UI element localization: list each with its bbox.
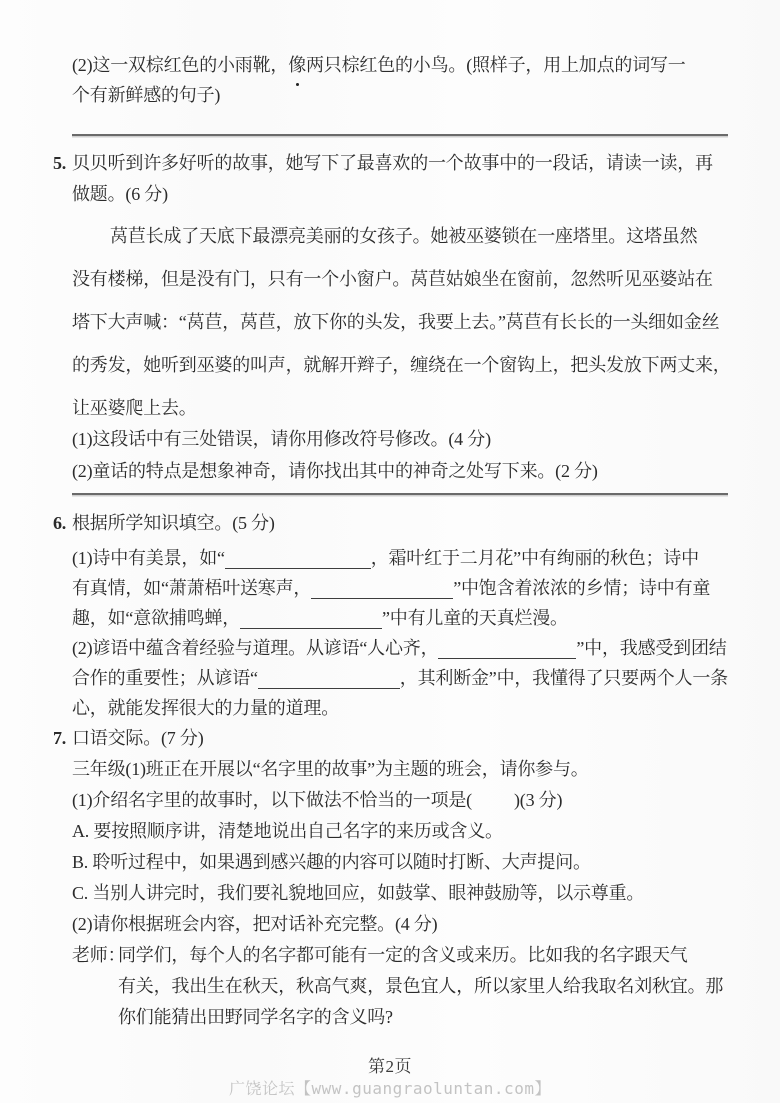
q6-text: ，霜叶红于二月花”中有绚丽的秋色；诗中 xyxy=(371,548,699,568)
question-4-part2-line2: 个有新鲜感的句子) xyxy=(72,80,728,110)
q6-text: 合作的重要性；从谚语“ xyxy=(72,668,258,688)
fill-blank xyxy=(311,581,453,599)
q7-text: )(3 分) xyxy=(514,790,562,810)
option-c: C. 当别人讲完时，我们要礼貌地回应，如鼓掌、眼神鼓励等，以示尊重。 xyxy=(72,878,728,909)
question-7-subitem2: (2)请你根据班会内容，把对话补充完整。(4 分) xyxy=(72,909,728,940)
question-5-header-line1: 5.贝贝听到许多好听的故事，她写下了最喜欢的一个故事中的一段话，请读一读，再 xyxy=(72,148,728,179)
question-6-header-text: 根据所学知识填空。(5 分) xyxy=(72,513,275,533)
section-divider xyxy=(72,493,728,495)
question-6: 6.根据所学知识填空。(5 分) (1)诗中有美景，如“，霜叶红于二月花”中有绚… xyxy=(72,508,728,723)
question-5-header-text: 贝贝听到许多好听的故事，她写下了最喜欢的一个故事中的一段话，请读一读，再 xyxy=(72,153,713,173)
question-5: 5.贝贝听到许多好听的故事，她写下了最喜欢的一个故事中的一段话，请读一读，再 做… xyxy=(72,148,728,487)
question-5-subitems: (1)这段话中有三处错误，请你用修改符号修改。(4 分) (2)童话的特点是想象… xyxy=(72,424,728,487)
question-5-subitem1: (1)这段话中有三处错误，请你用修改符号修改。(4 分) xyxy=(72,424,728,456)
question-6-items: (1)诗中有美景，如“，霜叶红于二月花”中有绚丽的秋色；诗中 有真情，如“萧萧梧… xyxy=(72,543,728,723)
question-4-part2-line1: (2)这一双棕红色的小雨靴，像两只棕红色的小鸟。(照样子，用上加点的词写一 xyxy=(72,50,728,80)
fill-blank xyxy=(240,611,382,629)
dialogue-line: 你们能猜出田野同学名字的含义吗? xyxy=(118,1002,728,1033)
question-7-subitem1: (1)介绍名字里的故事时，以下做法不恰当的一项是()(3 分) xyxy=(72,785,728,816)
option-a: A. 要按照顺序讲，清楚地说出自己名字的来历或含义。 xyxy=(72,816,728,847)
story-line: 塔下大声喊：“莴苣，莴苣，放下你的头发，我要上去。”莴苣有长长的一头细如金丝 xyxy=(72,301,728,344)
question-6-number: 6. xyxy=(53,508,66,539)
q7-text: (1)介绍名字里的故事时，以下做法不恰当的一项是( xyxy=(72,790,472,810)
option-b: B. 聆听过程中，如果遇到感兴趣的内容可以随时打断、大声提问。 xyxy=(72,847,728,878)
site-watermark: 广饶论坛【www.guangraoluntan.com】 xyxy=(0,1076,780,1099)
question-6-header: 6.根据所学知识填空。(5 分) xyxy=(72,508,728,539)
emphasized-char-with-dot: 像 xyxy=(288,50,306,80)
q6-text: (2)谚语中蕴含着经验与道理。从谚语“人心齐， xyxy=(72,638,438,658)
q6-text: ”中饱含着浓浓的乡情；诗中有童 xyxy=(453,578,710,598)
q6-text: ，其利断金”中，我懂得了只要两个人一条 xyxy=(400,668,728,688)
question-5-header-line2: 做题。(6 分) xyxy=(72,179,728,210)
page-number: 第2页 xyxy=(0,1052,780,1077)
story-line: 莴苣长成了天底下最漂亮美丽的女孩子。她被巫婆锁在一座塔里。这塔虽然 xyxy=(72,215,728,258)
question-4-part2: (2)这一双棕红色的小雨靴，像两只棕红色的小鸟。(照样子，用上加点的词写一 个有… xyxy=(72,50,728,110)
fill-blank xyxy=(438,641,576,659)
exam-paper-page: (2)这一双棕红色的小雨靴，像两只棕红色的小鸟。(照样子，用上加点的词写一 个有… xyxy=(0,0,780,1103)
q6-text: 有真情，如“萧萧梧叶送寒声， xyxy=(72,578,311,598)
story-paragraph: 莴苣长成了天底下最漂亮美丽的女孩子。她被巫婆锁在一座塔里。这塔虽然 没有楼梯，但… xyxy=(72,215,728,430)
story-line: 没有楼梯，但是没有门，只有一个小窗户。莴苣姑娘坐在窗前，忽然听见巫婆站在 xyxy=(72,258,728,301)
q4-text-after-dot: 两只棕红色的小鸟。(照样子，用上加点的词写一 xyxy=(306,55,686,75)
question-5-subitem2: (2)童话的特点是想象神奇，请你找出其中的神奇之处写下来。(2 分) xyxy=(72,456,728,488)
section-divider xyxy=(72,134,728,136)
story-line: 的秀发，她听到巫婆的叫声，就解开辫子，缠绕在一个窗钩上，把头发放下两丈来， xyxy=(72,344,728,387)
dialogue-line: 有关，我出生在秋天，秋高气爽，景色宜人，所以家里人给我取名刘秋宜。那 xyxy=(118,971,728,1002)
question-6-item1-line3: 趣，如“意欲捕鸣蝉，”中有儿童的天真烂漫。 xyxy=(72,603,728,633)
question-7-intro: 三年级(1)班正在开展以“名字里的故事”为主题的班会，请你参与。 xyxy=(72,754,728,785)
question-6-item2-line2: 合作的重要性；从谚语“，其利断金”中，我懂得了只要两个人一条 xyxy=(72,663,728,693)
dialogue-line: 同学们，每个人的名字都可能有一定的含义或来历。比如我的名字跟天气 xyxy=(118,940,728,971)
question-7-header-text: 口语交际。(7 分) xyxy=(72,728,204,748)
question-6-item2-line1: (2)谚语中蕴含着经验与道理。从谚语“人心齐，”中，我感受到团结 xyxy=(72,633,728,663)
question-7-header: 7.口语交际。(7 分) xyxy=(72,723,728,754)
question-6-item1-line2: 有真情，如“萧萧梧叶送寒声，”中饱含着浓浓的乡情；诗中有童 xyxy=(72,573,728,603)
teacher-dialogue: 老师： 同学们，每个人的名字都可能有一定的含义或来历。比如我的名字跟天气 有关，… xyxy=(72,940,728,1033)
q4-text-before-dot: (2)这一双棕红色的小雨靴， xyxy=(72,55,288,75)
question-7: 7.口语交际。(7 分) 三年级(1)班正在开展以“名字里的故事”为主题的班会，… xyxy=(72,723,728,1033)
q6-text: (1)诗中有美景，如“ xyxy=(72,548,225,568)
q6-text: ”中，我感受到团结 xyxy=(576,638,726,658)
q6-text: 趣，如“意欲捕鸣蝉， xyxy=(72,608,240,628)
question-7-number: 7. xyxy=(53,723,66,754)
q6-text: ”中有儿童的天真烂漫。 xyxy=(382,608,568,628)
question-5-number: 5. xyxy=(53,148,66,179)
fill-blank xyxy=(258,671,400,689)
question-6-item2-line3: 心，就能发挥很大的力量的道理。 xyxy=(72,693,728,723)
fill-blank xyxy=(225,551,371,569)
question-6-item1-line1: (1)诗中有美景，如“，霜叶红于二月花”中有绚丽的秋色；诗中 xyxy=(72,543,728,573)
